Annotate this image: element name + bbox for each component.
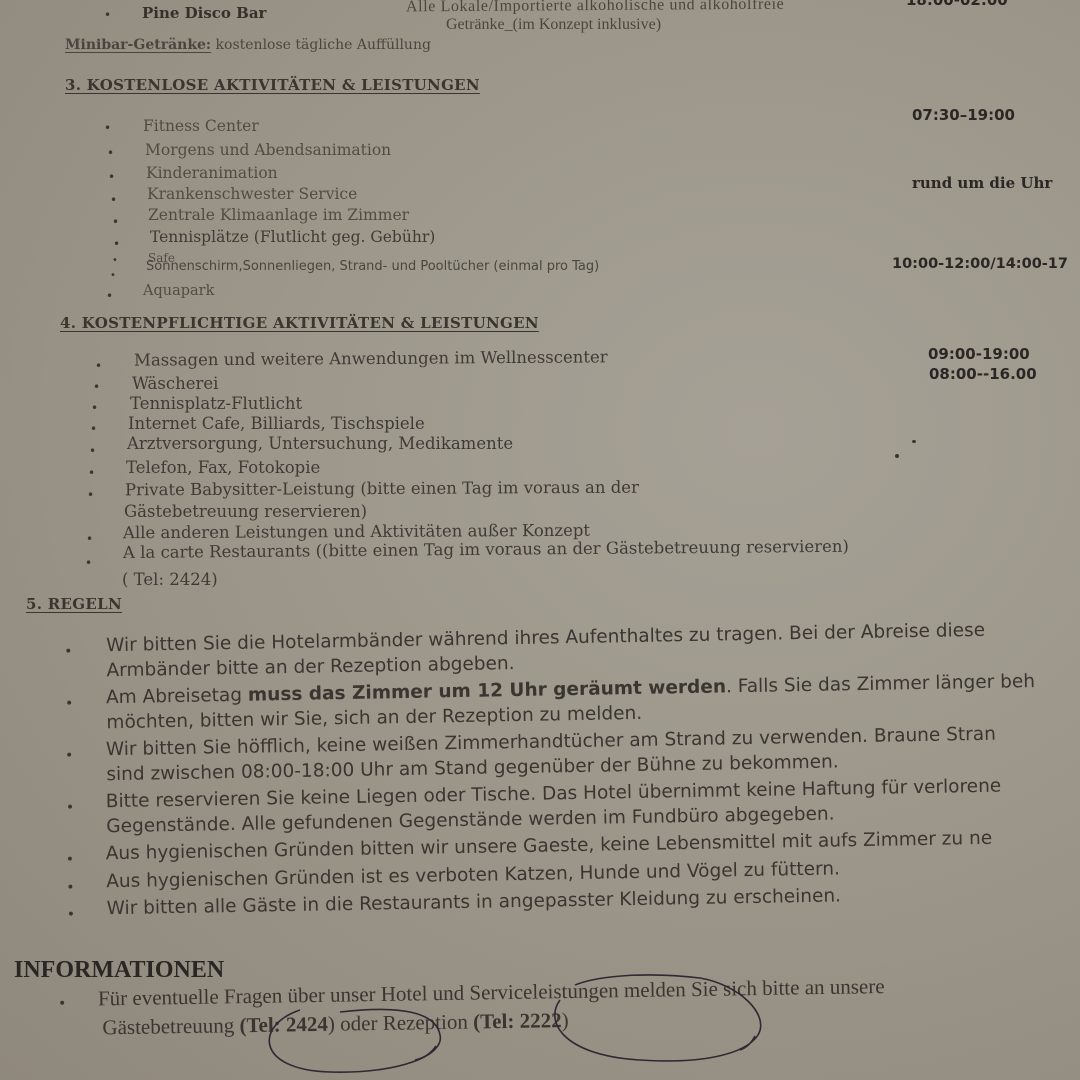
speck xyxy=(895,454,899,458)
reception-phone: (Tel: 2222 xyxy=(473,1008,562,1033)
info-end: ) xyxy=(561,1008,568,1032)
info-guest-service: Gästebetreuung xyxy=(102,1013,239,1039)
info-text-line1: Für eventuelle Fragen über unser Hotel u… xyxy=(98,974,885,1011)
document-page: • Pine Disco Bar Alle Lokale/Importierte… xyxy=(0,0,1080,1080)
info-text-line2: Gästebetreuung (Tel: 2424) oder Rezeptio… xyxy=(102,1008,569,1040)
guest-service-phone: (Tel: 2424 xyxy=(239,1012,328,1037)
speck xyxy=(912,440,916,443)
info-reception: ) oder Rezeption xyxy=(328,1010,474,1036)
info-item: • Für eventuelle Fragen über unser Hotel… xyxy=(0,0,1080,1080)
